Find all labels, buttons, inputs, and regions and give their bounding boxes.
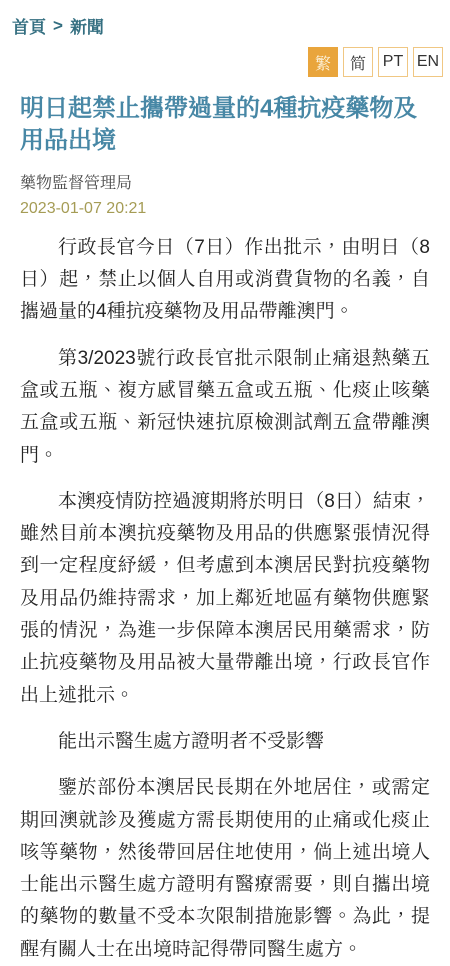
- lang-button-portuguese[interactable]: PT: [378, 47, 408, 77]
- article-paragraph: 行政長官今日（7日）作出批示，由明日（8日）起，禁止以個人自用或消費貨物的名義，…: [20, 232, 430, 329]
- article-body: 行政長官今日（7日）作出批示，由明日（8日）起，禁止以個人自用或消費貨物的名義，…: [20, 232, 430, 966]
- breadcrumb-home-link[interactable]: 首頁: [12, 13, 46, 38]
- lang-button-traditional-chinese[interactable]: 繁: [308, 47, 338, 77]
- news-page: 首頁 > 新聞 繁 简 PT EN 明日起禁止攜帶過量的4種抗疫藥物及用品出境 …: [0, 0, 450, 966]
- breadcrumb: 首頁 > 新聞: [0, 0, 450, 38]
- article-paragraph: 鑒於部份本澳居民長期在外地居住，或需定期回澳就診及獲處方需長期使用的止痛或化痰止…: [20, 772, 430, 966]
- article-paragraph: 第3/2023號行政長官批示限制止痛退熱藥五盒或五瓶、複方感冒藥五盒或五瓶、化痰…: [20, 343, 430, 472]
- breadcrumb-current-news[interactable]: 新聞: [70, 13, 104, 38]
- article-subheading: 能出示醫生處方證明者不受影響: [20, 726, 430, 758]
- article-paragraph: 本澳疫情防控過渡期將於明日（8日）結束，雖然目前本澳抗疫藥物及用品的供應緊張情況…: [20, 486, 430, 712]
- language-switcher: 繁 简 PT EN: [0, 47, 450, 77]
- page-title: 明日起禁止攜帶過量的4種抗疫藥物及用品出境: [20, 93, 430, 158]
- news-article: 明日起禁止攜帶過量的4種抗疫藥物及用品出境 藥物監督管理局 2023-01-07…: [0, 93, 450, 966]
- breadcrumb-separator: >: [53, 16, 63, 36]
- article-datetime: 2023-01-07 20:21: [20, 200, 430, 218]
- article-source: 藥物監督管理局: [20, 170, 430, 193]
- lang-button-simplified-chinese[interactable]: 简: [343, 47, 373, 77]
- lang-button-english[interactable]: EN: [413, 47, 443, 77]
